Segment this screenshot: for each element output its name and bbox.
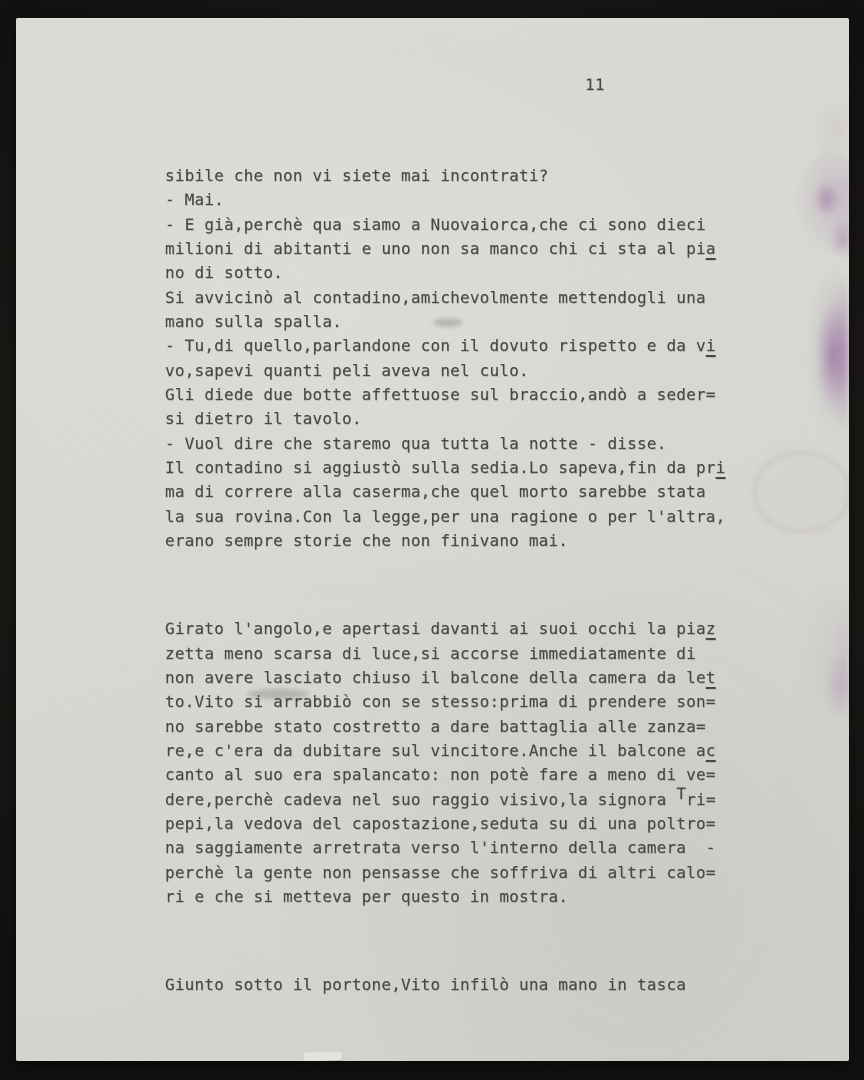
text-line: mano sulla spalla. bbox=[165, 310, 765, 334]
text-line: sibile che non vi siete mai incontrati? bbox=[165, 164, 765, 188]
ink-stain bbox=[829, 219, 849, 259]
text-line: milioni di abitanti e uno non sa manco c… bbox=[165, 237, 765, 261]
text-line: pepi,la vedova del capostazione,seduta s… bbox=[165, 812, 765, 836]
text-line: non avere lasciato chiuso il balcone del… bbox=[165, 666, 765, 690]
text-line: vo,sapevi quanti peli aveva nel culo. bbox=[165, 359, 765, 383]
text-line: na saggiamente arretrata verso l'interno… bbox=[165, 836, 765, 860]
text-line: la sua rovina.Con la legge,per una ragio… bbox=[165, 505, 765, 529]
text-line: ma di correre alla caserma,che quel mort… bbox=[165, 480, 765, 504]
ink-stain bbox=[817, 301, 849, 411]
page-number: 11 bbox=[585, 73, 605, 97]
text-line: Il contadino si aggiustò sulla sedia.Lo … bbox=[165, 456, 765, 480]
underlined-char: a bbox=[706, 239, 716, 258]
ink-stain bbox=[813, 181, 839, 217]
text-line: si dietro il tavolo. bbox=[165, 407, 765, 431]
text-line: ri e che si metteva per questo in mostra… bbox=[165, 885, 765, 909]
text-body: sibile che non vi siete mai incontrati?-… bbox=[165, 164, 765, 998]
text-line: no sarebbe stato costretto a dare battag… bbox=[165, 715, 765, 739]
underlined-char: c bbox=[706, 741, 716, 760]
underlined-char: t bbox=[706, 668, 716, 687]
ink-stain bbox=[809, 266, 849, 436]
paragraph-block: Giunto sotto il portone,Vito infilò una … bbox=[165, 973, 765, 997]
ink-stain bbox=[796, 151, 849, 256]
paragraph-block: Girato l'angolo,e apertasi davanti ai su… bbox=[165, 617, 765, 909]
text-line: no di sotto. bbox=[165, 261, 765, 285]
text-line: - Tu,di quello,parlandone con il dovuto … bbox=[165, 334, 765, 358]
text-line: perchè la gente non pensasse che soffriv… bbox=[165, 861, 765, 885]
text-line: Gli diede due botte affettuose sul bracc… bbox=[165, 383, 765, 407]
ink-stain bbox=[814, 99, 849, 159]
superscript-char: T bbox=[676, 784, 686, 803]
ink-stain bbox=[837, 599, 849, 729]
ink-stain-ring bbox=[753, 451, 849, 533]
text-line: to.Vito si arrabbiò con se stesso:prima … bbox=[165, 690, 765, 714]
text-line: Giunto sotto il portone,Vito infilò una … bbox=[165, 973, 765, 997]
text-line: - E già,perchè qua siamo a Nuovaiorca,ch… bbox=[165, 213, 765, 237]
ink-stain bbox=[835, 279, 849, 429]
document-page: 11 sibile che non vi siete mai incontrat… bbox=[16, 18, 849, 1061]
underlined-char: i bbox=[706, 336, 716, 355]
text-line: Si avvicinò al contadino,amichevolmente … bbox=[165, 286, 765, 310]
text-line: Girato l'angolo,e apertasi davanti ai su… bbox=[165, 617, 765, 641]
paper-tear bbox=[304, 1051, 342, 1061]
text-line: zetta meno scarsa di luce,si accorse imm… bbox=[165, 642, 765, 666]
text-line: erano sempre storie che non finivano mai… bbox=[165, 529, 765, 553]
paragraph-block: sibile che non vi siete mai incontrati?-… bbox=[165, 164, 765, 553]
text-line: dere,perchè cadeva nel suo raggio visivo… bbox=[165, 788, 765, 812]
text-line: - Vuol dire che staremo qua tutta la not… bbox=[165, 432, 765, 456]
underlined-char: i bbox=[716, 458, 726, 477]
text-line: canto al suo era spalancato: non potè fa… bbox=[165, 763, 765, 787]
ink-stain bbox=[799, 579, 849, 729]
underlined-char: z bbox=[706, 619, 716, 638]
ink-stain bbox=[823, 654, 849, 718]
photo-background: 11 sibile che non vi siete mai incontrat… bbox=[0, 0, 864, 1080]
text-line: re,e c'era da dubitare sul vincitore.Anc… bbox=[165, 739, 765, 763]
text-line: - Mai. bbox=[165, 188, 765, 212]
